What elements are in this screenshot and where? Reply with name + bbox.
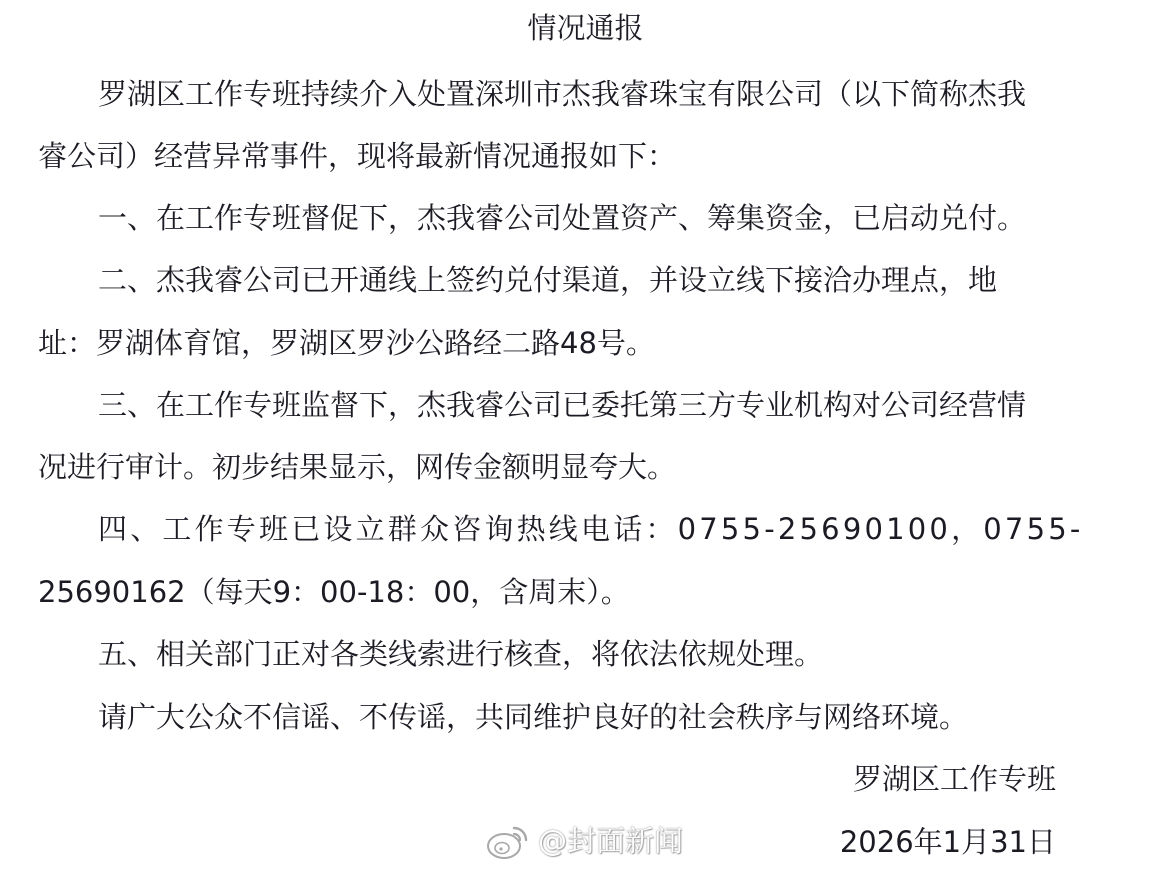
item-4-line-1: 四、工作专班已设立群众咨询热线电话：0755-25690100，0755- bbox=[98, 511, 1084, 547]
item-2-line-2: 址：罗湖体育馆，罗湖区罗沙公路经二路48号。 bbox=[38, 325, 655, 361]
intro-paragraph-line-1: 罗湖区工作专班持续介入处置深圳市杰我睿珠宝有限公司（以下简称杰我 bbox=[98, 76, 1026, 112]
weibo-icon bbox=[486, 822, 532, 860]
issue-date: 2026年1月31日 bbox=[840, 824, 1056, 860]
item-2-line-1: 二、杰我睿公司已开通线上签约兑付渠道，并设立线下接洽办理点，地 bbox=[98, 262, 997, 298]
issuer-signature: 罗湖区工作专班 bbox=[853, 761, 1056, 797]
item-3-line-2: 况进行审计。初步结果显示，网传金额明显夸大。 bbox=[38, 449, 676, 485]
intro-paragraph-line-2: 睿公司）经营异常事件，现将最新情况通报如下： bbox=[38, 138, 676, 174]
closing-appeal: 请广大公众不信谣、不传谣，共同维护良好的社会秩序与网络环境。 bbox=[98, 699, 968, 735]
watermark-text: @封面新闻 bbox=[538, 823, 683, 859]
item-5-line-1: 五、相关部门正对各类线索进行核查，将依法依规处理。 bbox=[98, 636, 823, 672]
item-3-line-1: 三、在工作专班监督下，杰我睿公司已委托第三方专业机构对公司经营情 bbox=[98, 387, 1026, 423]
item-1-line-1: 一、在工作专班督促下，杰我睿公司处置资产、筹集资金，已启动兑付。 bbox=[98, 200, 1026, 236]
item-4-line-2: 25690162（每天9：00-18：00，含周末）。 bbox=[38, 574, 630, 610]
watermark: @封面新闻 bbox=[486, 822, 683, 860]
document-title: 情况通报 bbox=[0, 10, 1171, 46]
